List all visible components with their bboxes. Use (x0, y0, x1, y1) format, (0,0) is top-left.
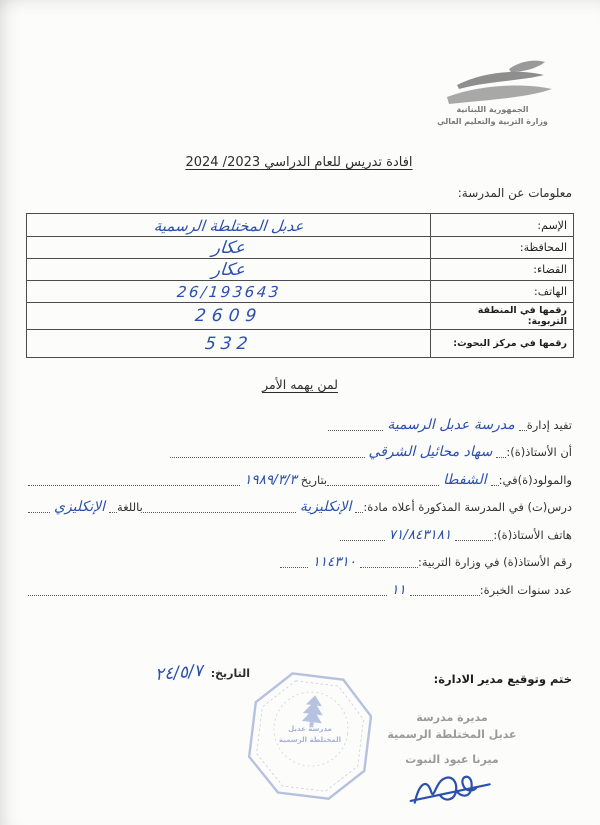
field-label: رقمها في مركز البحوث: (431, 330, 574, 358)
handwritten-teacher-name: سهاد محائيل الشرقي (365, 444, 497, 461)
handwritten-ministry-number: ١١٤٣١٠ (308, 554, 360, 571)
cedar-icon (302, 694, 325, 723)
dotted-leader (410, 582, 480, 596)
ministry-number-label: رقم الأستاذ(ة) في وزارة التربية: (418, 555, 572, 571)
dotted-leader (328, 417, 383, 431)
stamp-signature-label: ختم وتوقيع مدير الادارة: (434, 672, 572, 686)
stamp-text-line1: مدرسة عدبل (248, 724, 372, 735)
dotted-leader (340, 527, 385, 541)
birth-line: والمولود(ة)في: الشفطا بتاريخ ١٩٨٩/٣/٣ (28, 461, 572, 489)
dotted-leader (519, 417, 527, 431)
handwritten-birthdate: ١٩٨٩/٣/٣ (240, 472, 301, 489)
signature-icon (406, 770, 498, 810)
handwritten-value: عدبل المختلطة الرسمية (153, 217, 305, 235)
teacher-label: أن الأستاذ(ة): (506, 445, 572, 461)
table-row: رقمها في مركز البحوث: 532 (27, 330, 574, 358)
dotted-leader (280, 554, 308, 568)
open-book-logo-icon (423, 58, 563, 104)
handwritten-language: الإنكليزي (50, 499, 109, 516)
principal-stamp-text: مديرة مدرسة عدبل المختلطة الرسمية ميرنا … (376, 710, 528, 769)
handwritten-value: 26/193643 (176, 283, 282, 301)
handwritten-value: عكار (211, 238, 246, 258)
handwritten-value: 532 (204, 334, 254, 354)
field-label: المحافظة: (431, 237, 574, 259)
experience-line: عدد سنوات الخبرة: ١١ (28, 571, 572, 599)
dotted-leader (360, 554, 418, 568)
dotted-leader (28, 472, 240, 486)
field-label: رقمها في المنطقة التربوية: (431, 303, 574, 330)
dotted-leader (327, 472, 439, 486)
administration-label: تفيد إدارة (527, 418, 572, 434)
stamp-text-line2: المختلطة الرسمية (248, 735, 372, 746)
table-row: المحافظة: عكار (27, 237, 574, 259)
subject-label: درس(ت) في المدرسة المذكورة أعلاه مادة: (363, 500, 572, 516)
dotted-leader (496, 444, 506, 458)
school-info-section-label: معلومات عن المدرسة: (458, 186, 572, 200)
principal-title-line2: عدبل المختلطة الرسمية (376, 727, 528, 744)
handwritten-experience: ١١ (387, 582, 410, 599)
dotted-leader (143, 499, 296, 513)
school-stamp: مدرسة عدبل المختلطة الرسمية (248, 672, 372, 802)
handwritten-birthplace: الشفطا (439, 472, 490, 489)
ministry-number-line: رقم الأستاذ(ة) في وزارة التربية: ١١٤٣١٠ (28, 544, 572, 572)
letter-heading: لمن يهمه الأمر (0, 377, 600, 392)
principal-title-line1: مديرة مدرسة (376, 710, 528, 727)
document-title: افادة تدريس للعام الدراسي 2023/ 2024 (168, 155, 430, 170)
dotted-leader (455, 527, 493, 541)
teacher-phone-line: هاتف الأستاذ(ة): ٧١/٨٤٣١٨١ (28, 516, 572, 544)
handwritten-administration: مدرسة عدبل الرسمية (383, 417, 518, 434)
table-row: القضاء: عكار (27, 259, 574, 281)
date-block: التاريخ: ٢٤/٥/٧ (32, 663, 250, 683)
school-info-table: الإسم: عدبل المختلطة الرسمية المحافظة: ع… (26, 213, 574, 358)
subject-line: درس(ت) في المدرسة المذكورة أعلاه مادة: ا… (28, 489, 572, 517)
ministry-logo: الجمهورية اللبنانية وزارة التربية والتعل… (410, 58, 575, 129)
handwritten-value: عكار (211, 260, 246, 280)
letter-body: تفيد إدارة مدرسة عدبل الرسمية أن الأستاذ… (28, 406, 572, 599)
birthplace-label: والمولود(ة)في: (499, 473, 572, 489)
dotted-leader (170, 444, 365, 458)
principal-name: ميرنا عبود النبوت (376, 752, 528, 769)
field-label: الهاتف: (431, 281, 574, 303)
field-label: القضاء: (431, 259, 574, 281)
table-row: الهاتف: 26/193643 (27, 281, 574, 303)
dotted-leader (28, 582, 387, 596)
birthdate-label: بتاريخ (301, 473, 327, 489)
experience-label: عدد سنوات الخبرة: (480, 583, 572, 599)
teacher-phone-label: هاتف الأستاذ(ة): (493, 528, 572, 544)
administration-line: تفيد إدارة مدرسة عدبل الرسمية (28, 406, 572, 434)
field-label: الإسم: (431, 214, 574, 237)
handwritten-value: 2609 (194, 306, 263, 326)
stamp-text: مدرسة عدبل المختلطة الرسمية (248, 724, 372, 745)
teacher-name-line: أن الأستاذ(ة): سهاد محائيل الشرقي (28, 434, 572, 462)
ministry-name-line1: الجمهورية اللبنانية (410, 104, 575, 116)
handwritten-date: ٢٤/٥/٧ (154, 661, 204, 685)
dotted-leader (355, 499, 363, 513)
ministry-name-line2: وزارة التربية والتعليم العالي (410, 116, 575, 128)
table-row: الإسم: عدبل المختلطة الرسمية (27, 214, 574, 237)
scanned-document-page: الجمهورية اللبنانية وزارة التربية والتعل… (0, 0, 600, 825)
dotted-leader (28, 499, 50, 513)
table-row: رقمها في المنطقة التربوية: 2609 (27, 303, 574, 330)
dotted-leader (491, 472, 499, 486)
language-label: باللغة (117, 500, 143, 516)
dotted-leader (109, 499, 117, 513)
handwritten-subject: الإنكليزية (296, 499, 356, 516)
handwritten-teacher-phone: ٧١/٨٤٣١٨١ (385, 527, 456, 544)
date-label: التاريخ: (211, 667, 250, 680)
